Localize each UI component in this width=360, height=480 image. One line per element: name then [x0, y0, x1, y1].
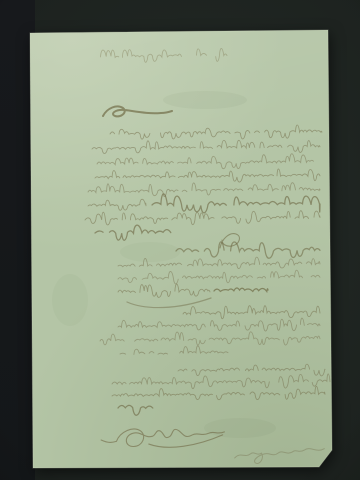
- manuscript-page: [0, 0, 360, 480]
- photograph: [0, 0, 360, 480]
- paper-shadow-wrap: [0, 0, 360, 480]
